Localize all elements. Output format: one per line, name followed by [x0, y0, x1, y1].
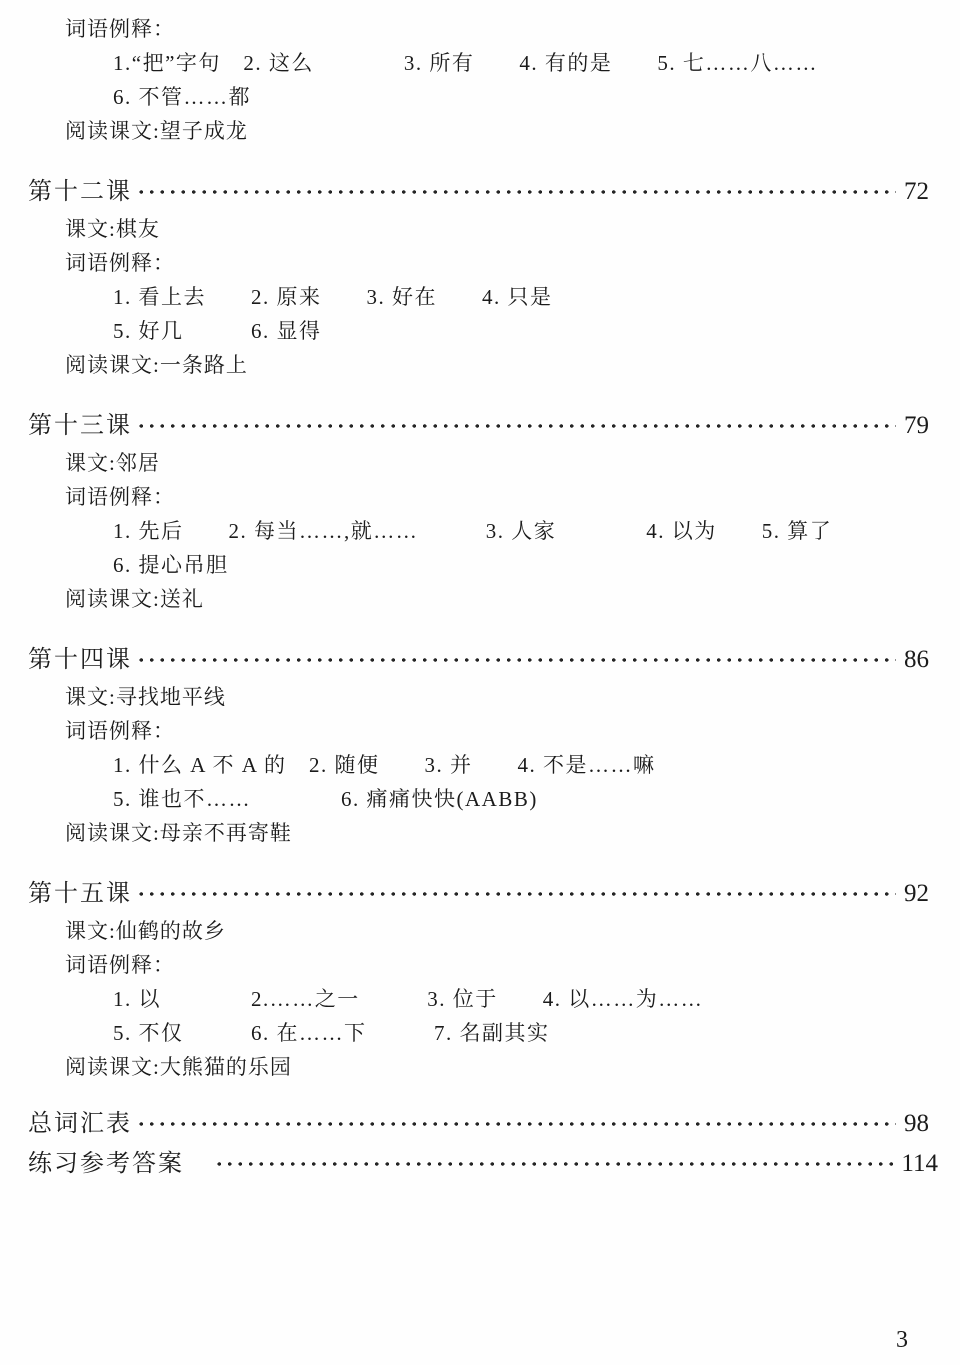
section-page-number: 79 [904, 406, 938, 446]
toc-entry: 第十三课 79 [28, 406, 938, 446]
section-title: 练习参考答案 [28, 1144, 210, 1184]
vocab-items-row: 1. 看上去 2. 原来 3. 好在 4. 只是 [113, 280, 960, 314]
toc-section-lesson-14: 第十四课 86 课文:寻找地平线 词语例释： 1. 什么 A 不 A 的 2. … [0, 640, 960, 850]
dot-leader [136, 172, 896, 212]
section-title: 第十四课 [28, 640, 132, 680]
course-text-line: 课文:仙鹤的故乡 [65, 914, 960, 948]
vocab-items-row: 6. 提心吊胆 [113, 548, 960, 582]
section-title: 第十三课 [28, 406, 132, 446]
vocab-items-row: 5. 不仅 6. 在……下 7. 名副其实 [113, 1016, 960, 1050]
vocab-label: 词语例释： [65, 12, 960, 46]
toc-section-lesson-13: 第十三课 79 课文:邻居 词语例释： 1. 先后 2. 每当……,就…… 3.… [0, 406, 960, 616]
dot-leader [136, 874, 896, 914]
vocab-items-row: 5. 好几 6. 显得 [113, 314, 960, 348]
vocab-items-row: 5. 谁也不…… 6. 痛痛快快(AABB) [113, 782, 960, 816]
toc-section-lesson-15: 第十五课 92 课文:仙鹤的故乡 词语例释： 1. 以 2.……之一 3. 位于… [0, 874, 960, 1084]
vocab-items-row: 1. 以 2.……之一 3. 位于 4. 以……为…… [113, 982, 960, 1016]
vocab-label: 词语例释： [65, 480, 960, 514]
course-text-line: 课文:寻找地平线 [65, 680, 960, 714]
page-number: 3 [896, 1328, 908, 1352]
toc-scanned-page: 词语例释： 1.“把”字句 2. 这么 3. 所有 4. 有的是 5. 七……八… [0, 0, 960, 1365]
reading-text-line: 阅读课文:送礼 [65, 582, 960, 616]
section-page-number: 98 [904, 1104, 938, 1144]
toc-entry-answer-key: 练习参考答案 114 [28, 1144, 938, 1184]
course-text-line: 课文:棋友 [65, 212, 960, 246]
vocab-label: 词语例释： [65, 714, 960, 748]
vocab-items-row: 1. 先后 2. 每当……,就…… 3. 人家 4. 以为 5. 算了 [113, 514, 960, 548]
dot-leader [136, 640, 896, 680]
toc-entry-glossary: 总词汇表 98 [28, 1104, 938, 1144]
toc-entry: 第十四课 86 [28, 640, 938, 680]
lesson11-continuation-block: 词语例释： 1.“把”字句 2. 这么 3. 所有 4. 有的是 5. 七……八… [0, 12, 960, 148]
section-title: 总词汇表 [28, 1104, 132, 1144]
dot-leader [136, 1104, 896, 1144]
vocab-label: 词语例释： [65, 948, 960, 982]
vocab-items-row: 1.“把”字句 2. 这么 3. 所有 4. 有的是 5. 七……八…… [113, 46, 960, 80]
section-page-number: 114 [901, 1144, 938, 1184]
section-title: 第十二课 [28, 172, 132, 212]
vocab-items-row: 1. 什么 A 不 A 的 2. 随便 3. 并 4. 不是……嘛 [113, 748, 960, 782]
section-title: 第十五课 [28, 874, 132, 914]
dot-leader [214, 1144, 893, 1184]
reading-text-line: 阅读课文:望子成龙 [65, 114, 960, 148]
dot-leader [136, 406, 896, 446]
reading-text-line: 阅读课文:母亲不再寄鞋 [65, 816, 960, 850]
course-text-line: 课文:邻居 [65, 446, 960, 480]
section-page-number: 72 [904, 172, 938, 212]
toc-entry: 第十五课 92 [28, 874, 938, 914]
vocab-items-row: 6. 不管……都 [113, 80, 960, 114]
reading-text-line: 阅读课文:大熊猫的乐园 [65, 1050, 960, 1084]
section-page-number: 92 [904, 874, 938, 914]
section-page-number: 86 [904, 640, 938, 680]
toc-section-lesson-12: 第十二课 72 课文:棋友 词语例释： 1. 看上去 2. 原来 3. 好在 4… [0, 172, 960, 382]
vocab-label: 词语例释： [65, 246, 960, 280]
toc-entry: 第十二课 72 [28, 172, 938, 212]
reading-text-line: 阅读课文:一条路上 [65, 348, 960, 382]
